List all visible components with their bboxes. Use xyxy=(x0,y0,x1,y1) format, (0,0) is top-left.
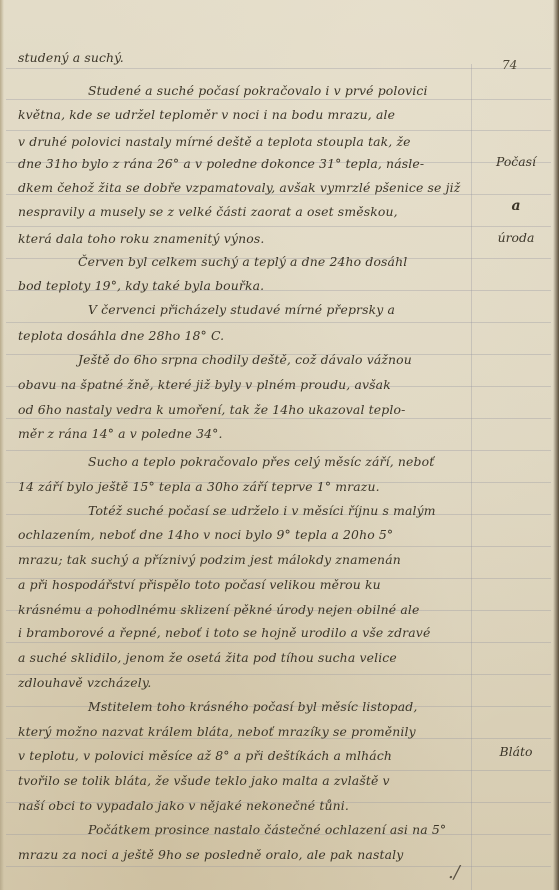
text-line: naší obci to vypadalo jako v nějaké neko… xyxy=(18,796,468,816)
ruled-line xyxy=(6,322,551,323)
text-line: která dala toho roku znamenitý výnos. xyxy=(18,229,468,249)
ruled-line xyxy=(6,866,551,867)
margin-rule xyxy=(471,64,472,890)
ruled-line xyxy=(6,130,551,131)
text-line: od 6ho nastaly vedra k umoření, tak že 1… xyxy=(18,400,468,420)
margin-note-weather: Počasí xyxy=(476,152,556,172)
text-line: dne 31ho bylo z rána 26° a v poledne dok… xyxy=(18,154,468,174)
text-line: krásnému a pohodlnému sklizení pěkné úro… xyxy=(18,600,468,620)
ruled-line xyxy=(6,68,551,69)
text-line: Červen byl celkem suchý a teplý a dne 24… xyxy=(78,252,528,272)
text-line: i bramborové a řepné, neboť i toto se ho… xyxy=(18,623,468,643)
ruled-line xyxy=(6,450,551,451)
text-line: v druhé polovici nastaly mírné deště a t… xyxy=(18,132,468,152)
text-line: Studené a suché počasí pokračovalo i v p… xyxy=(88,81,538,101)
text-line: května, kde se udržel teploměr v noci i … xyxy=(18,105,468,125)
manuscript-page: 74 studený a suchý. Studené a suché poča… xyxy=(0,0,559,890)
text-line: Počátkem prosince nastalo částečné ochla… xyxy=(88,820,538,840)
margin-note-and: a xyxy=(476,196,556,216)
text-line: Totéž suché počasí se udrželo i v měsíci… xyxy=(88,501,538,521)
text-line: zdlouhavě vzcházely. xyxy=(18,673,468,693)
margin-note-mud: Bláto xyxy=(476,742,556,762)
text-line: měr z rána 14° a v poledne 34°. xyxy=(18,424,468,444)
ruled-line xyxy=(6,226,551,227)
text-line: v teplotu, v polovici měsíce až 8° a při… xyxy=(18,746,468,766)
text-line: mrazu za noci a ještě 9ho se posledně or… xyxy=(18,845,468,865)
text-line: a při hospodářství přispělo toto počasí … xyxy=(18,575,468,595)
text-line: ochlazením, neboť dne 14ho v noci bylo 9… xyxy=(18,525,468,545)
page-edge-left xyxy=(0,0,4,890)
text-line: studený a suchý. xyxy=(18,48,468,68)
text-line: Mstitelem toho krásného počasí byl měsíc… xyxy=(88,697,538,717)
text-line: bod teploty 19°, kdy také byla bouřka. xyxy=(18,276,468,296)
page-number: 74 xyxy=(502,58,517,72)
text-line: nespravily a musely se z velké části zao… xyxy=(18,202,468,222)
text-line: dkem čehož žita se dobře vzpamatovaly, a… xyxy=(18,178,468,198)
text-line: a suché sklidilo, jenom že osetá žita po… xyxy=(18,648,468,668)
text-line: obavu na špatné žně, které již byly v pl… xyxy=(18,375,468,395)
text-line: Sucho a teplo pokračovalo přes celý měsí… xyxy=(88,452,538,472)
text-line: teplota dosáhla dne 28ho 18° C. xyxy=(18,326,468,346)
text-line: 14 září bylo ještě 15° tepla a 30ho září… xyxy=(18,477,468,497)
margin-note-harvest: úroda xyxy=(476,228,556,248)
text-line: který možno nazvat králem bláta, neboť m… xyxy=(18,722,468,742)
text-line: tvořilo se tolik bláta, že všude teklo j… xyxy=(18,771,468,791)
text-line: V červenci přicházely studavé mírné přep… xyxy=(88,300,538,320)
text-line: Ještě do 6ho srpna chodily deště, což dá… xyxy=(78,350,528,370)
ruled-line xyxy=(6,546,551,547)
continuation-mark: ./ xyxy=(448,862,460,883)
text-line: mrazu; tak suchý a příznivý podzim jest … xyxy=(18,550,468,570)
